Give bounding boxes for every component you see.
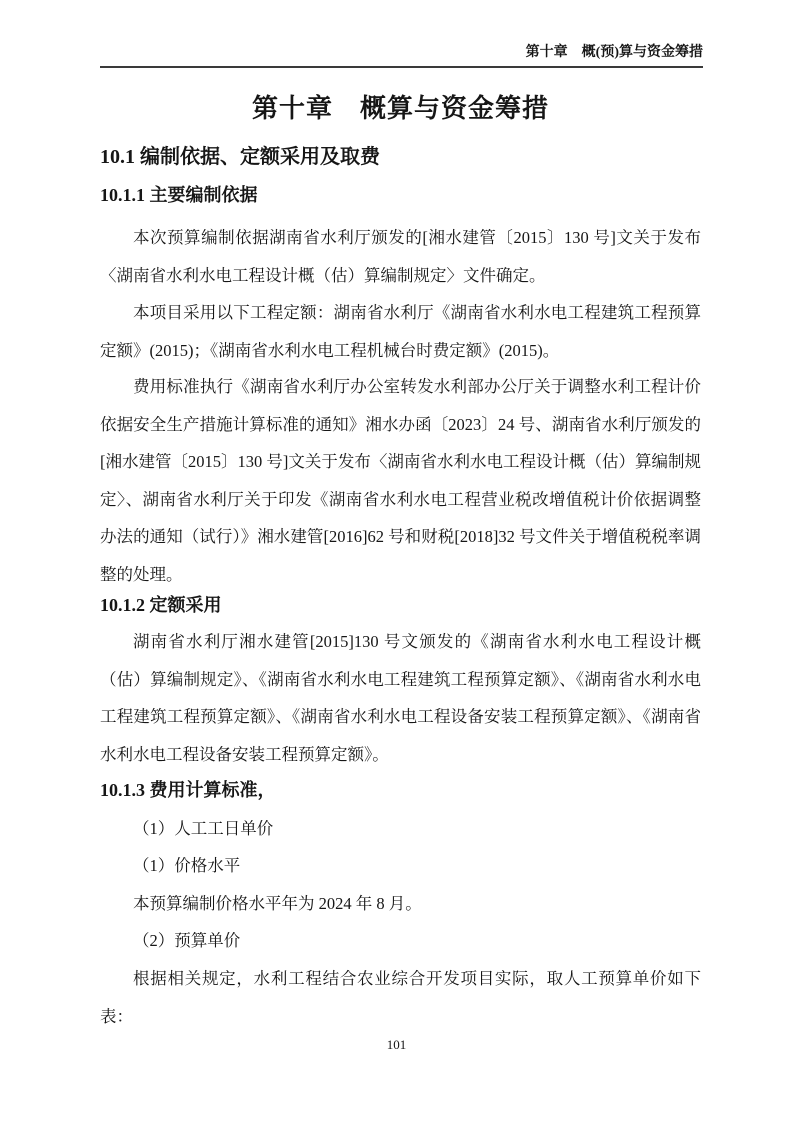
paragraph-price-level-year: 本预算编制价格水平年为 2024 年 8 月。 [100,885,701,923]
chapter-title: 第十章 概算与资金筹措 [100,90,701,128]
paragraph-quota-adoption: 湖南省水利厅湘水建管[2015]130 号文颁发的《湖南省水利水电工程设计概（估… [100,623,701,773]
section-heading-10-1: 10.1 编制依据、定额采用及取费 [100,142,701,172]
running-header: 第十章 概(预)算与资金筹措 [100,42,703,68]
list-item-price-level: （1）价格水平 [100,847,701,885]
paragraph-quota-used: 本项目采用以下工程定额：湖南省水利厅《湖南省水利水电工程建筑工程预算定额》(20… [100,294,701,369]
section-heading-10-1-1: 10.1.1 主要编制依据 [100,180,701,210]
paragraph-labor-budget-intro: 根据相关规定，水利工程结合农业综合开发项目实际，取人工预算单价如下表： [100,960,701,1035]
section-heading-10-1-2: 10.1.2 定额采用 [100,590,701,620]
section-heading-10-1-3: 10.1.3 费用计算标准， [100,775,701,805]
page-number: 101 [0,1036,793,1054]
paragraph-basis-1: 本次预算编制依据湖南省水利厅颁发的[湘水建管〔2015〕130 号]文关于发布〈… [100,219,701,294]
document-page: 第十章 概(预)算与资金筹措 第十章 概算与资金筹措 10.1 编制依据、定额采… [0,0,793,1122]
list-item-budget-unit-price: （2）预算单价 [100,922,701,960]
running-header-text: 第十章 概(预)算与资金筹措 [526,45,703,60]
list-item-labor-unit-price: （1）人工工日单价 [100,810,701,848]
paragraph-fee-standards: 费用标准执行《湖南省水利厅办公室转发水利部办公厅关于调整水利工程计价依据安全生产… [100,368,701,593]
